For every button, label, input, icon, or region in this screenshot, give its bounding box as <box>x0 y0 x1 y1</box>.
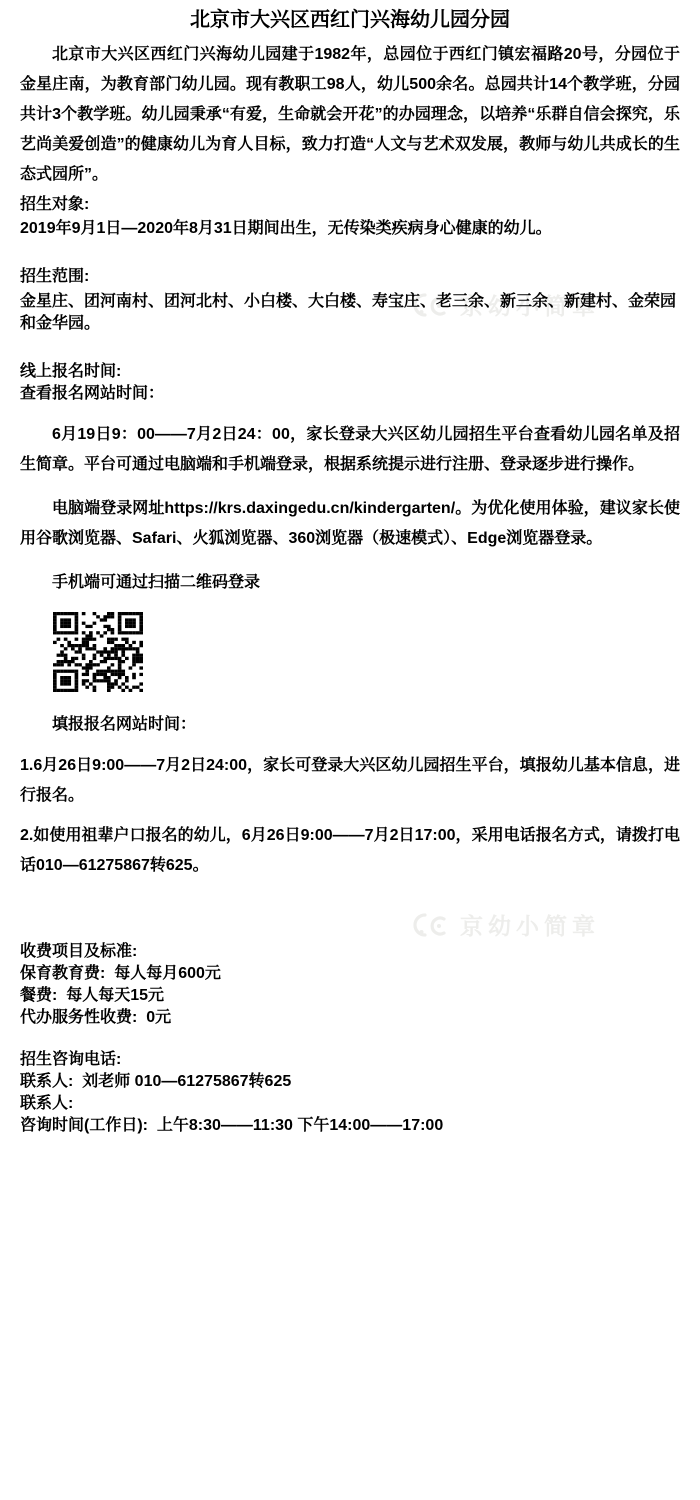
fee-item: 餐费: 每人每天15元 <box>20 985 680 1007</box>
section-heading-online-time: 线上报名时间: <box>20 361 680 383</box>
contact-line: 联系人: <box>20 1093 680 1115</box>
fill-item-2: 2.如使用祖辈户口报名的幼儿，6月26日9:00——7月2日17:00，采用电话… <box>20 821 680 881</box>
online-mobile-line: 手机端可通过扫描二维码登录 <box>20 572 680 594</box>
page-title: 北京市大兴区西红门兴海幼儿园分园 <box>20 8 680 32</box>
fill-heading: 填报报名网站时间： <box>20 714 680 736</box>
qr-code <box>53 612 143 692</box>
contact-line: 联系人: 刘老师 010—61275867转625 <box>20 1071 680 1093</box>
online-sub-heading: 查看报名网站时间： <box>20 383 680 405</box>
fee-item: 代办服务性收费: 0元 <box>20 1007 680 1029</box>
target-body: 2019年9月1日—2020年8月31日期间出生，无传染类疾病身心健康的幼儿。 <box>20 218 680 240</box>
intro-paragraph: 北京市大兴区西红门兴海幼儿园建于1982年，总园位于西红门镇宏福路20号，分园位… <box>20 40 680 190</box>
section-heading-contact: 招生咨询电话: <box>20 1049 680 1071</box>
online-pc-paragraph: 电脑端登录网址https://krs.daxingedu.cn/kinderga… <box>20 494 680 554</box>
section-heading-scope: 招生范围: <box>20 266 680 288</box>
section-heading-fees: 收费项目及标准: <box>20 941 680 963</box>
contact-line: 咨询时间(工作日): 上午8:30——11:30 下午14:00——17:00 <box>20 1115 680 1137</box>
scope-body: 金星庄、团河南村、团河北村、小白楼、大白楼、寿宝庄、老三余、新三余、新建村、金荣… <box>20 291 680 335</box>
online-view-paragraph: 6月19日9：00——7月2日24：00，家长登录大兴区幼儿园招生平台查看幼儿园… <box>20 420 680 480</box>
section-heading-target: 招生对象: <box>20 194 680 216</box>
qr-code-image <box>53 612 143 692</box>
fee-item: 保育教育费: 每人每月600元 <box>20 963 680 985</box>
announcement-document: 北京市大兴区西红门兴海幼儿园分园 北京市大兴区西红门兴海幼儿园建于1982年，总… <box>0 0 700 1137</box>
fill-item-1: 1.6月26日9:00——7月2日24:00，家长可登录大兴区幼儿园招生平台，填… <box>20 751 680 811</box>
